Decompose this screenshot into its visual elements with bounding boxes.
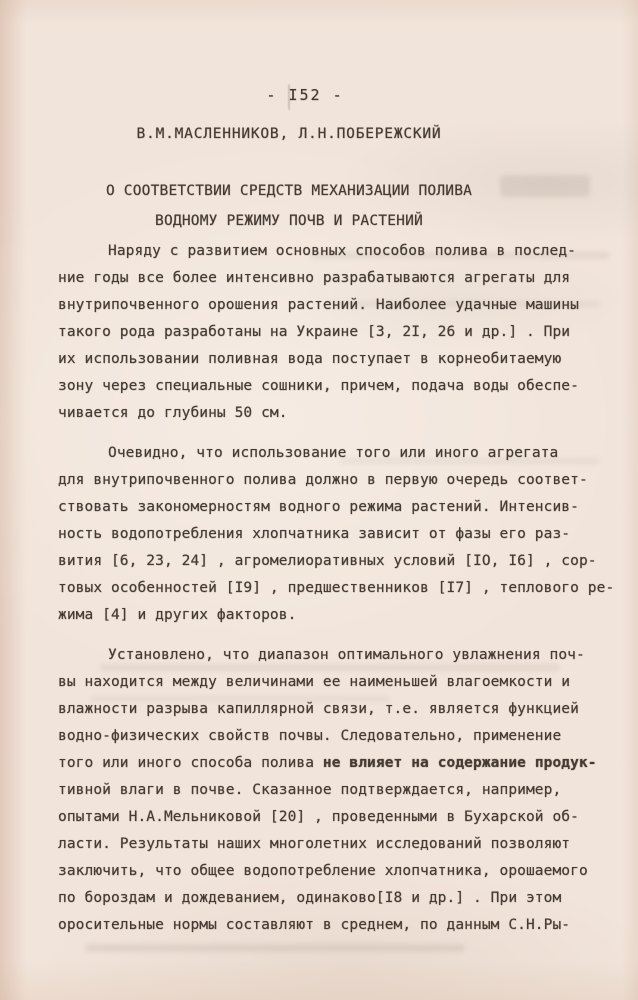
text-line: жима [4] и других факторов. <box>58 602 598 629</box>
text-line: тивной влаги в почве. Сказанное подтверж… <box>58 777 598 804</box>
text-line: опытами Н.А.Мельниковой [20] , проведенн… <box>58 804 598 831</box>
text-line: того или иного способа полива не влияет … <box>58 750 598 777</box>
article-body: Наряду с развитием основных способов пол… <box>58 238 598 952</box>
text-line: Наряду с развитием основных способов пол… <box>58 238 598 265</box>
article-title-line-1: О СООТВЕТСТВИИ СРЕДСТВ МЕХАНИЗАЦИИ ПОЛИВ… <box>0 176 608 206</box>
text-line: для внутрипочвенного полива должно в пер… <box>58 467 598 494</box>
text-line: ласти. Результаты наших многолетних иссл… <box>58 831 598 858</box>
text-line: ние годы все более интенсивно разрабатыв… <box>58 265 598 292</box>
text-line: влажности разрыва капиллярной связи, т.е… <box>58 696 598 723</box>
text-line: вития [6, 23, 24] , агромелиоративных ус… <box>58 548 598 575</box>
text-line: их использовании поливная вода поступает… <box>58 346 598 373</box>
text-line: Очевидно, что использование того или ино… <box>58 440 598 467</box>
text-line: зону через специальные сошники, причем, … <box>58 373 598 400</box>
text-line: по бороздам и дождеванием, одинаково[I8 … <box>58 885 598 912</box>
paragraph: Установлено, что диапазон оптимального у… <box>58 642 598 939</box>
text-line: заключить, что общее водопотребление хло… <box>58 858 598 885</box>
text-line: Установлено, что диапазон оптимального у… <box>58 642 598 669</box>
text-line: водно-физических свойств почвы. Следоват… <box>58 723 598 750</box>
article-title-line-2: ВОДНОМУ РЕЖИМУ ПОЧВ И РАСТЕНИЙ <box>0 206 608 236</box>
text-line: вы находится между величинами ее наимень… <box>58 669 598 696</box>
text-line: внутрипочвенного орошения растений. Наиб… <box>58 292 598 319</box>
text-line: чивается до глубины 50 см. <box>58 400 598 427</box>
paragraph: Очевидно, что использование того или ино… <box>58 440 598 629</box>
emphasized-text: не влияет на содержание продук- <box>323 755 597 771</box>
text-line: товых особенностей [I9] , предшественник… <box>58 575 598 602</box>
page-number: - I52 - <box>0 86 624 104</box>
text-line: оросительные нормы составляют в среднем,… <box>58 912 598 939</box>
authors-line: В.М.МАСЛЕННИКОВ, Л.Н.ПОБЕРЕЖСКИЙ <box>0 126 608 142</box>
text-line: такого рода разработаны на Украине [3, 2… <box>58 319 598 346</box>
text-line: ствовать закономерностям водного режима … <box>58 494 598 521</box>
article-title: О СООТВЕТСТВИИ СРЕДСТВ МЕХАНИЗАЦИИ ПОЛИВ… <box>0 176 608 236</box>
paragraph: Наряду с развитием основных способов пол… <box>58 238 598 427</box>
text-line: ность водопотребления хлопчатника зависи… <box>58 521 598 548</box>
scanned-page: - I52 - В.М.МАСЛЕННИКОВ, Л.Н.ПОБЕРЕЖСКИЙ… <box>0 0 638 1000</box>
